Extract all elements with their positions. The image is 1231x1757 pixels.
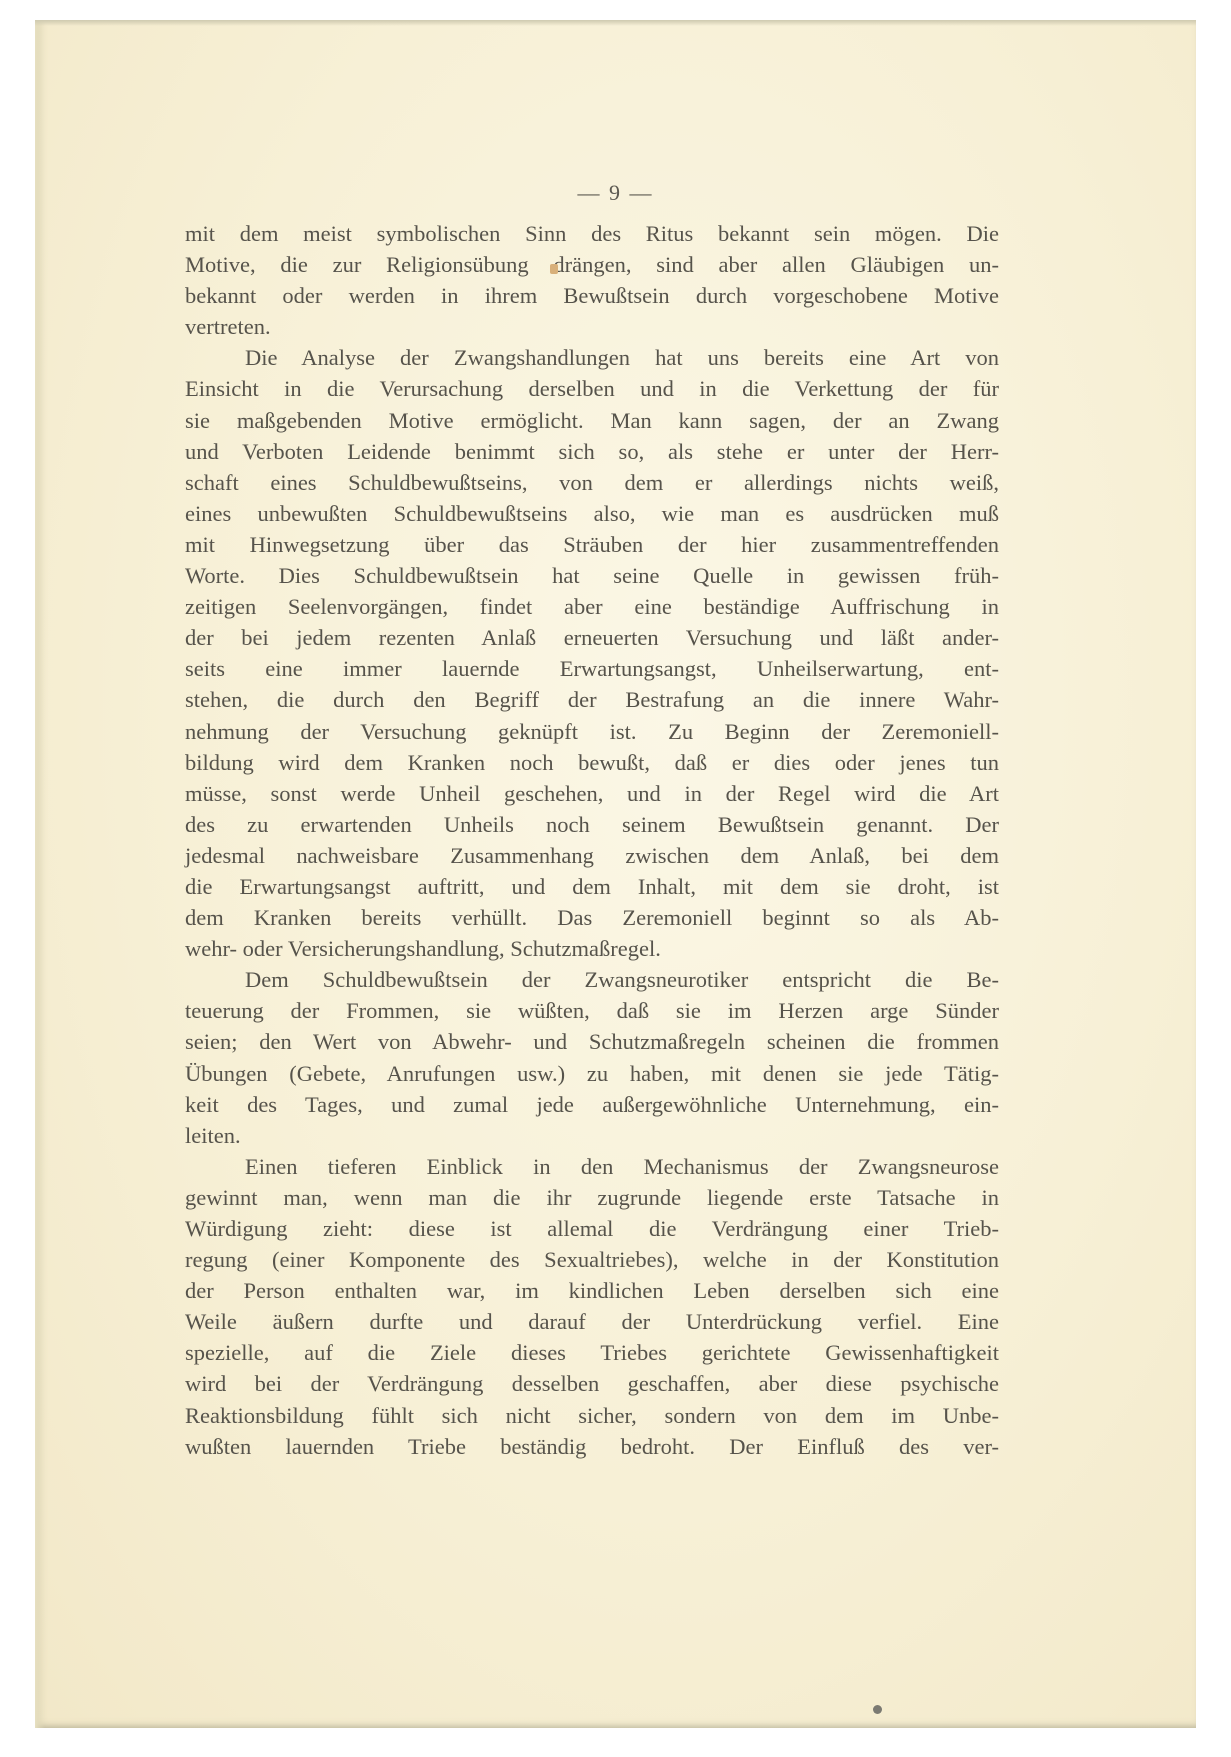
text-line: zeitigen Seelenvorgängen, findet aber ei… <box>185 591 999 622</box>
text-line: des zu erwartenden Unheils noch seinem B… <box>185 809 999 840</box>
text-line: regung (einer Komponente des Sexualtrieb… <box>185 1244 999 1275</box>
text-line: stehen, die durch den Begriff der Bestra… <box>185 684 999 715</box>
text-line: seits eine immer lauernde Erwartungsangs… <box>185 653 999 684</box>
text-line: der Person enthalten war, im kindlichen … <box>185 1275 999 1306</box>
paragraph-first-line: Einen tieferen Einblick in den Mechanism… <box>185 1151 999 1182</box>
text-line: spezielle, auf die Ziele dieses Triebes … <box>185 1337 999 1368</box>
text-line: keit des Tages, und zumal jede außergewö… <box>185 1089 999 1120</box>
text-line: wußten lauernden Triebe beständig bedroh… <box>185 1431 999 1462</box>
text-line: teuerung der Frommen, sie wüßten, daß si… <box>185 995 999 1026</box>
page-number: — 9 — <box>35 180 1196 206</box>
body-text: mit dem meist symbolischen Sinn des Ritu… <box>185 218 999 1462</box>
text-line: wird bei der Verdrängung desselben gesch… <box>185 1368 999 1399</box>
paragraph-first-line: Die Analyse der Zwangshandlungen hat uns… <box>185 342 999 373</box>
text-line: schaft eines Schuldbewußtseins, von dem … <box>185 467 999 498</box>
text-line: die Erwartungsangst auftritt, und dem In… <box>185 871 999 902</box>
text-line: seien; den Wert von Abwehr- und Schutzma… <box>185 1026 999 1057</box>
paragraph-first-line: Dem Schuldbewußtsein der Zwangsneurotike… <box>185 964 999 995</box>
text-line: müsse, sonst werde Unheil geschehen, und… <box>185 778 999 809</box>
book-page: — 9 — mit dem meist symbolischen Sinn de… <box>35 20 1196 1728</box>
text-line: sie maßgebenden Motive ermöglicht. Man k… <box>185 405 999 436</box>
text-line: vertreten. <box>185 311 999 342</box>
text-line: mit Hinwegsetzung über das Sträuben der … <box>185 529 999 560</box>
text-line: Motive, die zur Religionsübung drängen, … <box>185 249 999 280</box>
text-line: jedesmal nachweisbare Zusammenhang zwisc… <box>185 840 999 871</box>
text-line: und Verboten Leidende benimmt sich so, a… <box>185 436 999 467</box>
text-line: bildung wird dem Kranken noch bewußt, da… <box>185 747 999 778</box>
scanned-page-view: — 9 — mit dem meist symbolischen Sinn de… <box>0 0 1231 1757</box>
text-line: dem Kranken bereits verhüllt. Das Zeremo… <box>185 902 999 933</box>
text-line: Weile äußern durfte und darauf der Unter… <box>185 1306 999 1337</box>
text-line: Würdigung zieht: diese ist allemal die V… <box>185 1213 999 1244</box>
text-line: Einsicht in die Verursachung derselben u… <box>185 373 999 404</box>
paper-stain <box>550 264 558 274</box>
text-line: leiten. <box>185 1120 999 1151</box>
text-line: Worte. Dies Schuldbewußtsein hat seine Q… <box>185 560 999 591</box>
text-line: wehr- oder Versicherungshandlung, Schutz… <box>185 933 999 964</box>
ink-dot <box>873 1705 882 1714</box>
text-line: gewinnt man, wenn man die ihr zugrunde l… <box>185 1182 999 1213</box>
text-line: der bei jedem rezenten Anlaß erneuerten … <box>185 622 999 653</box>
text-line: bekannt oder werden in ihrem Bewußtsein … <box>185 280 999 311</box>
text-line: nehmung der Versuchung geknüpft ist. Zu … <box>185 716 999 747</box>
text-line: Reaktionsbildung fühlt sich nicht sicher… <box>185 1400 999 1431</box>
text-line: eines unbewußten Schuldbewußtseins also,… <box>185 498 999 529</box>
text-line: Übungen (Gebete, Anrufungen usw.) zu hab… <box>185 1058 999 1089</box>
text-line: mit dem meist symbolischen Sinn des Ritu… <box>185 218 999 249</box>
